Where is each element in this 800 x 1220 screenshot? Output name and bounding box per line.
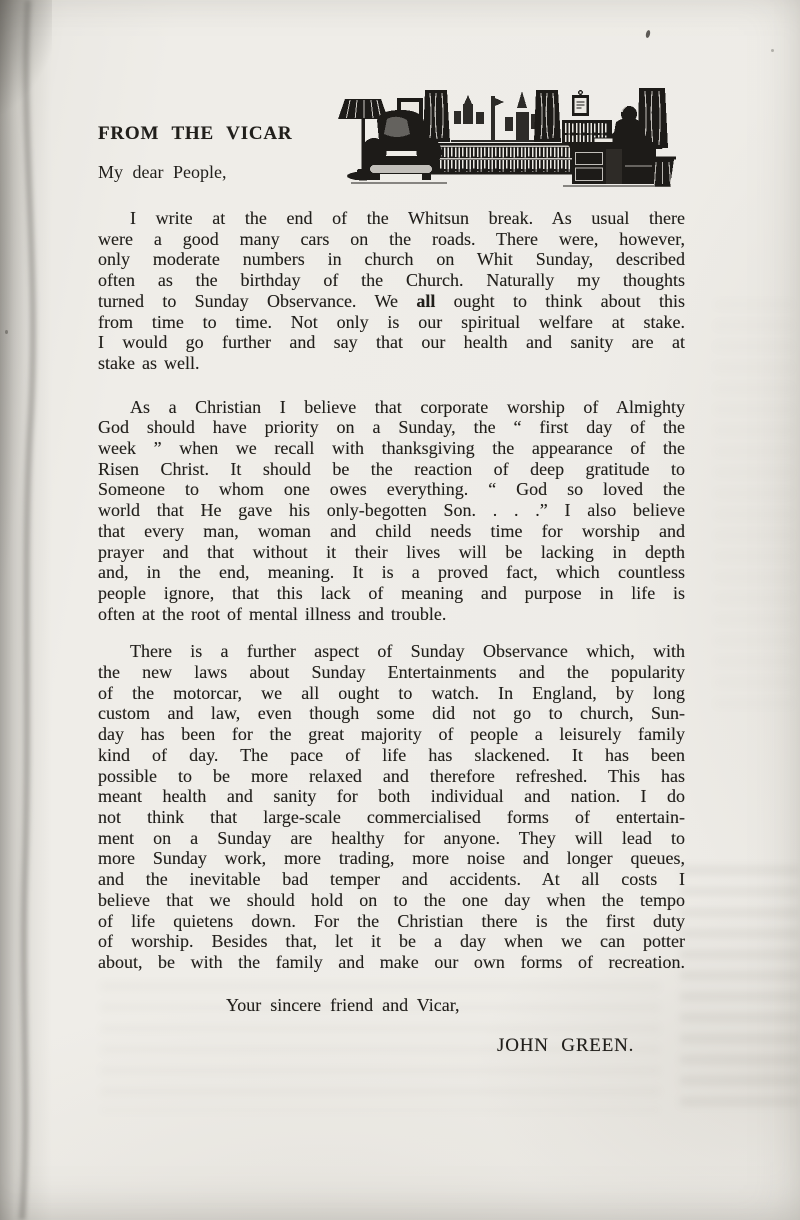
showthrough-text-ghost	[714, 300, 794, 720]
valediction: Your sincere friend and Vicar,	[226, 995, 459, 1016]
text-line: Someone to whom one owes everything. “ G…	[98, 479, 685, 500]
signature: JOHN GREEN.	[497, 1035, 634, 1057]
text-line: that every man, woman and child needs ti…	[98, 521, 685, 542]
text-line: kind of day. The pace of life has slacke…	[98, 745, 685, 766]
floor-shadow	[563, 185, 671, 187]
text-line: possible to be more relaxed and therefor…	[98, 766, 685, 787]
text-line: of the motorcar, we all ought to watch. …	[98, 683, 685, 704]
window-church-view	[451, 91, 539, 142]
text-line: ment on a Sunday are healthy for anyone.…	[98, 828, 685, 849]
scan-speck	[771, 49, 774, 52]
text-line: I would go further and say that our heal…	[98, 332, 685, 353]
bookshelf-icon	[423, 143, 577, 175]
text-line: often at the root of mental illness and …	[98, 604, 685, 625]
text-line: believe that we should hold on to the on…	[98, 890, 685, 911]
salutation: My dear People,	[98, 162, 226, 183]
text-line: from time to time. Not only is our spiri…	[98, 312, 685, 333]
calendar-icon	[572, 91, 589, 116]
text-line: more Sunday work, more trading, more noi…	[98, 848, 685, 869]
paragraph: There is a further aspect of Sunday Obse…	[98, 641, 685, 972]
curtain-icon	[423, 90, 450, 142]
magazine-page: FROM THE VICAR My dear People,	[0, 0, 800, 1220]
text-line: meant health and sanity for both individ…	[98, 786, 685, 807]
scan-speck	[645, 30, 651, 39]
paragraph: I write at the end of the Whitsun break.…	[98, 208, 685, 374]
text-line: stake as well.	[98, 353, 685, 374]
text-line: custom and law, even though some did not…	[98, 703, 685, 724]
writing-paper	[594, 138, 613, 143]
text-line: were a good many cars on the roads. Ther…	[98, 229, 685, 250]
text-line: turned to Sunday Observance. We all ough…	[98, 291, 685, 312]
paragraph: As a Christian I believe that corporate …	[98, 397, 685, 625]
floor-shadow	[351, 182, 447, 184]
text-line: the new laws about Sunday Entertainments…	[98, 662, 685, 683]
text-line: about, be with the family and make our o…	[98, 952, 685, 973]
text-line: prayer and that without it their lives w…	[98, 542, 685, 563]
text-line: day has been for the great majority of p…	[98, 724, 685, 745]
text-line: only moderate numbers in church on Whit …	[98, 249, 685, 270]
page-title: FROM THE VICAR	[98, 123, 292, 145]
text-line: people ignore, that this lack of meaning…	[98, 583, 685, 604]
text-line: not think that large-scale commercialise…	[98, 807, 685, 828]
text-line: God should have priority on a Sunday, th…	[98, 417, 685, 438]
text-line: of worship. Besides that, let it be a da…	[98, 931, 685, 952]
crease-line	[0, 0, 70, 1220]
text-line: of life quietens down. For the Christian…	[98, 911, 685, 932]
vicar-study-illustration	[333, 86, 683, 191]
curtain-icon	[534, 90, 561, 142]
scan-speck	[5, 330, 8, 334]
text-line: Risen Christ. It should be the reaction …	[98, 459, 685, 480]
letter-body: I write at the end of the Whitsun break.…	[98, 208, 685, 973]
text-line: week ” when we recall with thanksgiving …	[98, 438, 685, 459]
text-line: often as the birthday of the Church. Nat…	[98, 270, 685, 291]
text-line: world that He gave his only-begotten Son…	[98, 500, 685, 521]
text-line: and, in the end, meaning. It is a proved…	[98, 562, 685, 583]
text-line: As a Christian I believe that corporate …	[98, 397, 685, 418]
text-line: and the inevitable bad temper and accide…	[98, 869, 685, 890]
showthrough-text-ghost	[680, 866, 800, 1118]
text-line: There is a further aspect of Sunday Obse…	[98, 641, 685, 662]
text-line: I write at the end of the Whitsun break.…	[98, 208, 685, 229]
desk-icon	[564, 142, 663, 184]
